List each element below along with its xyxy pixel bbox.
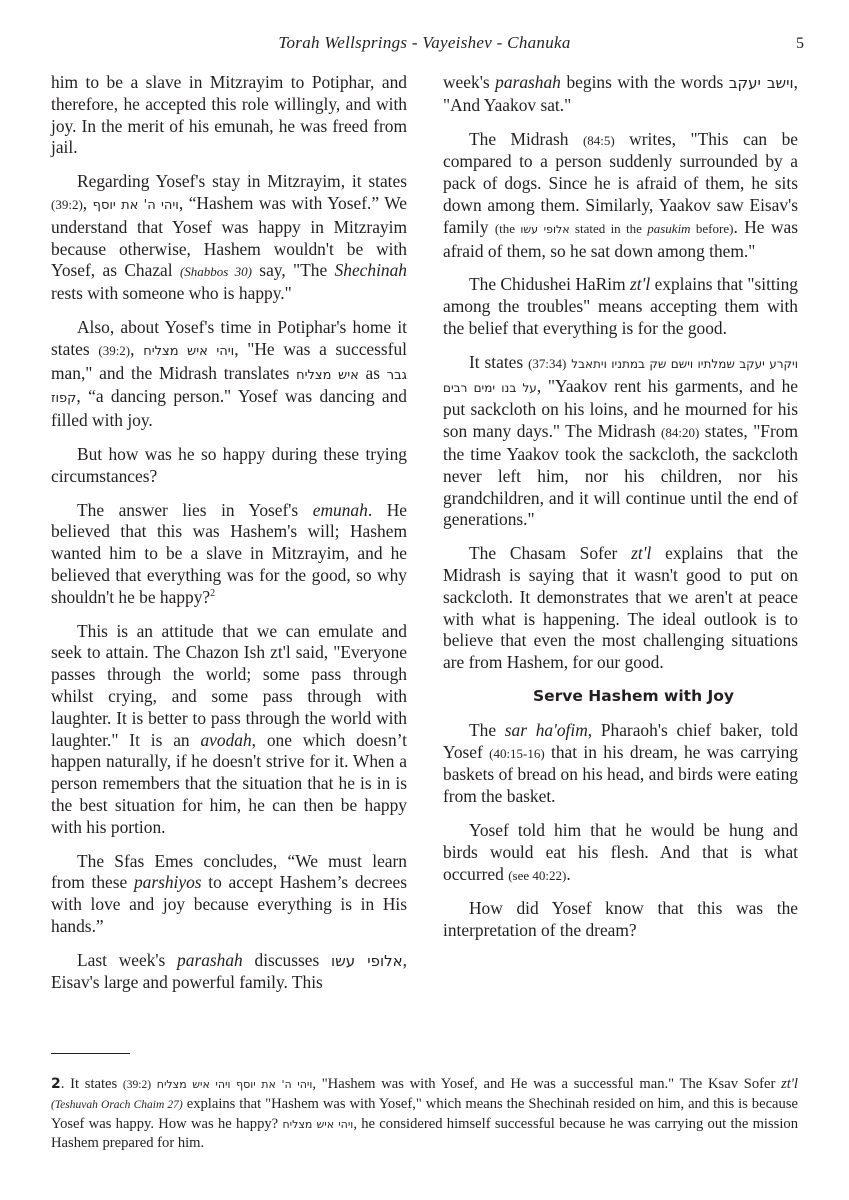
paragraph: The Midrash (84:5) writes, "This can be … xyxy=(443,129,798,263)
verse-reference: (39:2) xyxy=(51,197,83,212)
paragraph: The sar ha'ofim, Pharaoh's chief baker, … xyxy=(443,720,798,808)
source-reference: (Teshuvah Orach Chaim 27) xyxy=(51,1099,183,1111)
verse-reference: (84:5) xyxy=(583,133,615,148)
section-heading: Serve Hashem with Joy xyxy=(443,686,798,708)
hebrew-quote: ויהי ה' את יוסף xyxy=(93,198,179,213)
verse-reference: (37:34) xyxy=(528,356,566,371)
hebrew-quote: וישב יעקב xyxy=(729,74,794,92)
verse-reference: (84:20) xyxy=(661,425,699,440)
footnote: 2. It states (39:2) ויהי ה' את יוסף ויהי… xyxy=(51,1075,798,1153)
verse-reference: (40:15-16) xyxy=(489,746,545,761)
verse-reference: (39:2) xyxy=(123,1079,151,1091)
left-column: him to be a slave in Mitzrayim to Potiph… xyxy=(51,72,407,1006)
paragraph: Regarding Yosef's stay in Mitzrayim, it … xyxy=(51,171,407,305)
hebrew-quote: אלופי עשו xyxy=(520,223,569,236)
paragraph: The Chasam Sofer zt'l explains that the … xyxy=(443,543,798,674)
right-column: week's parashah begins with the words וי… xyxy=(443,72,798,954)
page-number: 5 xyxy=(796,35,814,53)
paragraph: The Sfas Emes concludes, “We must learn … xyxy=(51,851,407,938)
running-header: Torah Wellsprings - Vayeishev - Chanuka … xyxy=(0,33,849,57)
paragraph: Also, about Yosef's time in Potiphar's h… xyxy=(51,317,407,432)
paragraph: The Chidushei HaRim zt'l explains that "… xyxy=(443,274,798,339)
paragraph: How did Yosef know that this was the int… xyxy=(443,898,798,942)
verse-reference: (39:2) xyxy=(98,343,130,358)
paragraph: him to be a slave in Mitzrayim to Potiph… xyxy=(51,72,407,159)
footnote-number: 2 xyxy=(51,1076,61,1092)
paragraph: The answer lies in Yosef's emunah. He be… xyxy=(51,500,407,609)
hebrew-quote: ויהי ה' את יוסף ויהי איש מצליח xyxy=(157,1078,313,1091)
running-title: Torah Wellsprings - Vayeishev - Chanuka xyxy=(0,33,849,53)
footnote-marker[interactable]: 2 xyxy=(210,588,215,599)
paragraph: week's parashah begins with the words וי… xyxy=(443,72,798,117)
paragraph: Last week's parashah discusses אלופי עשו… xyxy=(51,950,407,995)
hebrew-quote: ויהי איש מצליח xyxy=(282,1118,353,1131)
paragraph: It states (37:34) ויקרע יעקב שמלתיו וישם… xyxy=(443,352,798,531)
paragraph: This is an attitude that we can emulate … xyxy=(51,621,407,839)
source-reference: (Shabbos 30) xyxy=(180,264,252,279)
verse-reference: (see 40:22) xyxy=(508,868,566,883)
paragraph: Yosef told him that he would be hung and… xyxy=(443,820,798,886)
hebrew-quote: איש מצליח xyxy=(296,368,359,383)
hebrew-quote: אלופי עשו xyxy=(331,952,403,970)
paragraph: But how was he so happy during these try… xyxy=(51,444,407,488)
footnote-divider xyxy=(51,1053,130,1054)
hebrew-quote: ויהי איש מצליח xyxy=(143,344,234,359)
